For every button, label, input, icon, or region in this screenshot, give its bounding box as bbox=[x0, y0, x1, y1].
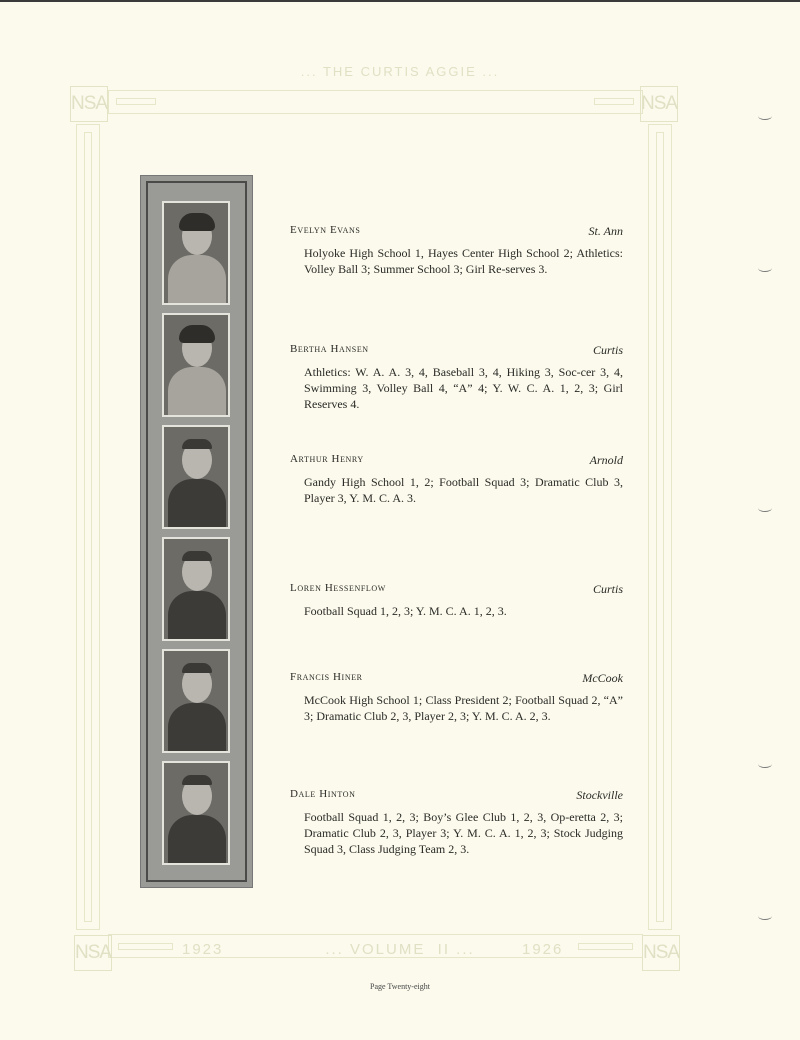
punch-hole bbox=[758, 912, 772, 920]
student-hometown: Curtis bbox=[593, 343, 623, 358]
punch-hole bbox=[758, 112, 772, 120]
punch-hole bbox=[758, 504, 772, 512]
student-hometown: McCook bbox=[582, 671, 623, 686]
portrait-arthur-henry bbox=[162, 425, 230, 529]
student-activities: Football Squad 1, 2, 3; Y. M. C. A. 1, 2… bbox=[304, 603, 623, 619]
footer-volume: ... VOLUME II ... bbox=[0, 941, 800, 958]
student-activities: Holyoke High School 1, Hayes Center High… bbox=[304, 245, 623, 277]
frame-top-right-bar bbox=[594, 98, 634, 105]
portrait-bertha-hansen bbox=[162, 313, 230, 417]
student-name: Bertha Hansen bbox=[290, 343, 369, 358]
student-name: Francis Hiner bbox=[290, 671, 363, 686]
student-entry: Arthur HenryArnold Gandy High School 1, … bbox=[290, 453, 623, 506]
student-activities: Athletics: W. A. A. 3, 4, Baseball 3, 4,… bbox=[304, 364, 623, 412]
student-name: Loren Hessenflow bbox=[290, 582, 386, 597]
footer-end-year: 1926 bbox=[522, 941, 563, 958]
student-entry: Loren HessenflowCurtis Football Squad 1,… bbox=[290, 582, 623, 619]
frame-top-left-bar bbox=[116, 98, 156, 105]
student-entry: Dale HintonStockville Football Squad 1, … bbox=[290, 788, 623, 857]
student-name: Evelyn Evans bbox=[290, 224, 360, 239]
student-activities: Gandy High School 1, 2; Football Squad 3… bbox=[304, 474, 623, 506]
frame-left-inner bbox=[84, 132, 92, 922]
portrait-evelyn-evans bbox=[162, 201, 230, 305]
frame-right-inner bbox=[656, 132, 664, 922]
student-hometown: St. Ann bbox=[589, 224, 623, 239]
student-hometown: Arnold bbox=[590, 453, 623, 468]
frame-top-band bbox=[108, 90, 643, 114]
student-name: Arthur Henry bbox=[290, 453, 364, 468]
portrait-francis-hiner bbox=[162, 649, 230, 753]
student-hometown: Curtis bbox=[593, 582, 623, 597]
student-entry: Bertha HansenCurtis Athletics: W. A. A. … bbox=[290, 343, 623, 412]
punch-hole bbox=[758, 760, 772, 768]
student-hometown: Stockville bbox=[576, 788, 623, 803]
student-activities: Football Squad 1, 2, 3; Boy’s Glee Club … bbox=[304, 809, 623, 857]
page-number: Page Twenty-eight bbox=[0, 982, 800, 991]
photo-strip bbox=[140, 175, 253, 888]
nsa-monogram-top-right: NSA bbox=[640, 86, 678, 122]
student-activities: McCook High School 1; Class President 2;… bbox=[304, 692, 623, 724]
student-name: Dale Hinton bbox=[290, 788, 356, 803]
punch-hole bbox=[758, 264, 772, 272]
student-entry: Francis HinerMcCook McCook High School 1… bbox=[290, 671, 623, 724]
header-title: ... THE CURTIS AGGIE ... bbox=[0, 64, 800, 79]
page-top-edge bbox=[0, 0, 800, 2]
portrait-dale-hinton bbox=[162, 761, 230, 865]
nsa-monogram-top-left: NSA bbox=[70, 86, 108, 122]
portrait-loren-hessenflow bbox=[162, 537, 230, 641]
student-entry: Evelyn EvansSt. Ann Holyoke High School … bbox=[290, 224, 623, 277]
